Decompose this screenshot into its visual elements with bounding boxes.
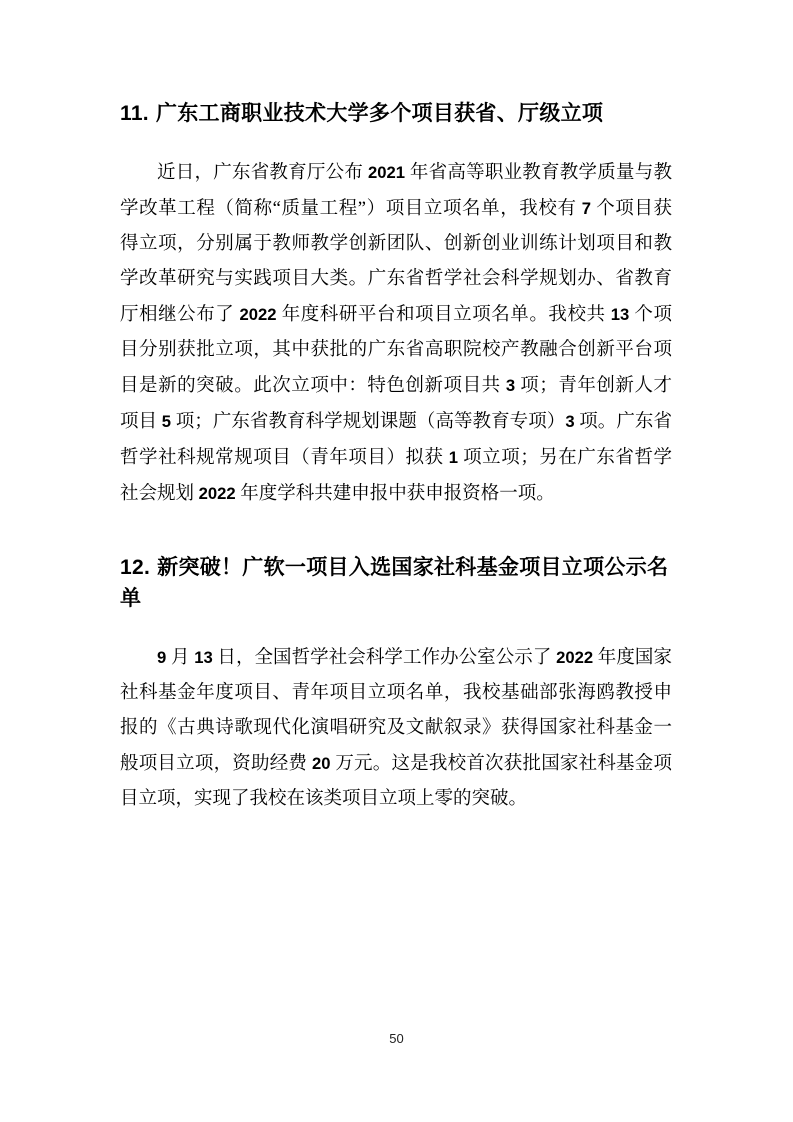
section-title: 广东工商职业技术大学多个项目获省、厅级立项 xyxy=(156,102,603,125)
page-number: 50 xyxy=(389,1031,403,1046)
section-heading: 11.广东工商职业技术大学多个项目获省、厅级立项 xyxy=(120,98,672,129)
page-footer: 50 xyxy=(0,1030,793,1048)
section-paragraph: 9 月 13 日，全国哲学社会科学工作办公室公示了 2022 年度国家社科基金年… xyxy=(120,640,672,817)
inline-number: 2022 xyxy=(199,484,236,503)
inline-number: 3 xyxy=(506,376,515,395)
inline-number: 7 xyxy=(582,199,591,218)
section-title: 新突破！广软一项目入选国家社科基金项目立项公示名单 xyxy=(120,556,668,610)
inline-number: 1 xyxy=(449,448,458,467)
section-number: 12. xyxy=(120,556,150,579)
document-body: 11.广东工商职业技术大学多个项目获省、厅级立项近日，广东省教育厅公布 2021… xyxy=(120,98,672,817)
inline-number: 13 xyxy=(194,648,213,667)
inline-number: 9 xyxy=(157,648,166,667)
section-paragraph: 近日，广东省教育厅公布 2021 年省高等职业教育教学质量与教学改革工程（简称“… xyxy=(120,155,672,512)
section-heading: 12.新突破！广软一项目入选国家社科基金项目立项公示名单 xyxy=(120,552,672,614)
inline-number: 2021 xyxy=(368,163,405,182)
inline-number: 5 xyxy=(162,412,171,431)
inline-number: 2022 xyxy=(239,305,276,324)
document-page: 11.广东工商职业技术大学多个项目获省、厅级立项近日，广东省教育厅公布 2021… xyxy=(0,0,793,1122)
news-section: 12.新突破！广软一项目入选国家社科基金项目立项公示名单9 月 13 日，全国哲… xyxy=(120,552,672,817)
inline-number: 20 xyxy=(312,754,331,773)
inline-number: 2022 xyxy=(556,648,593,667)
section-number: 11. xyxy=(120,102,149,125)
inline-number: 13 xyxy=(611,305,630,324)
news-section: 11.广东工商职业技术大学多个项目获省、厅级立项近日，广东省教育厅公布 2021… xyxy=(120,98,672,512)
inline-number: 3 xyxy=(565,412,574,431)
